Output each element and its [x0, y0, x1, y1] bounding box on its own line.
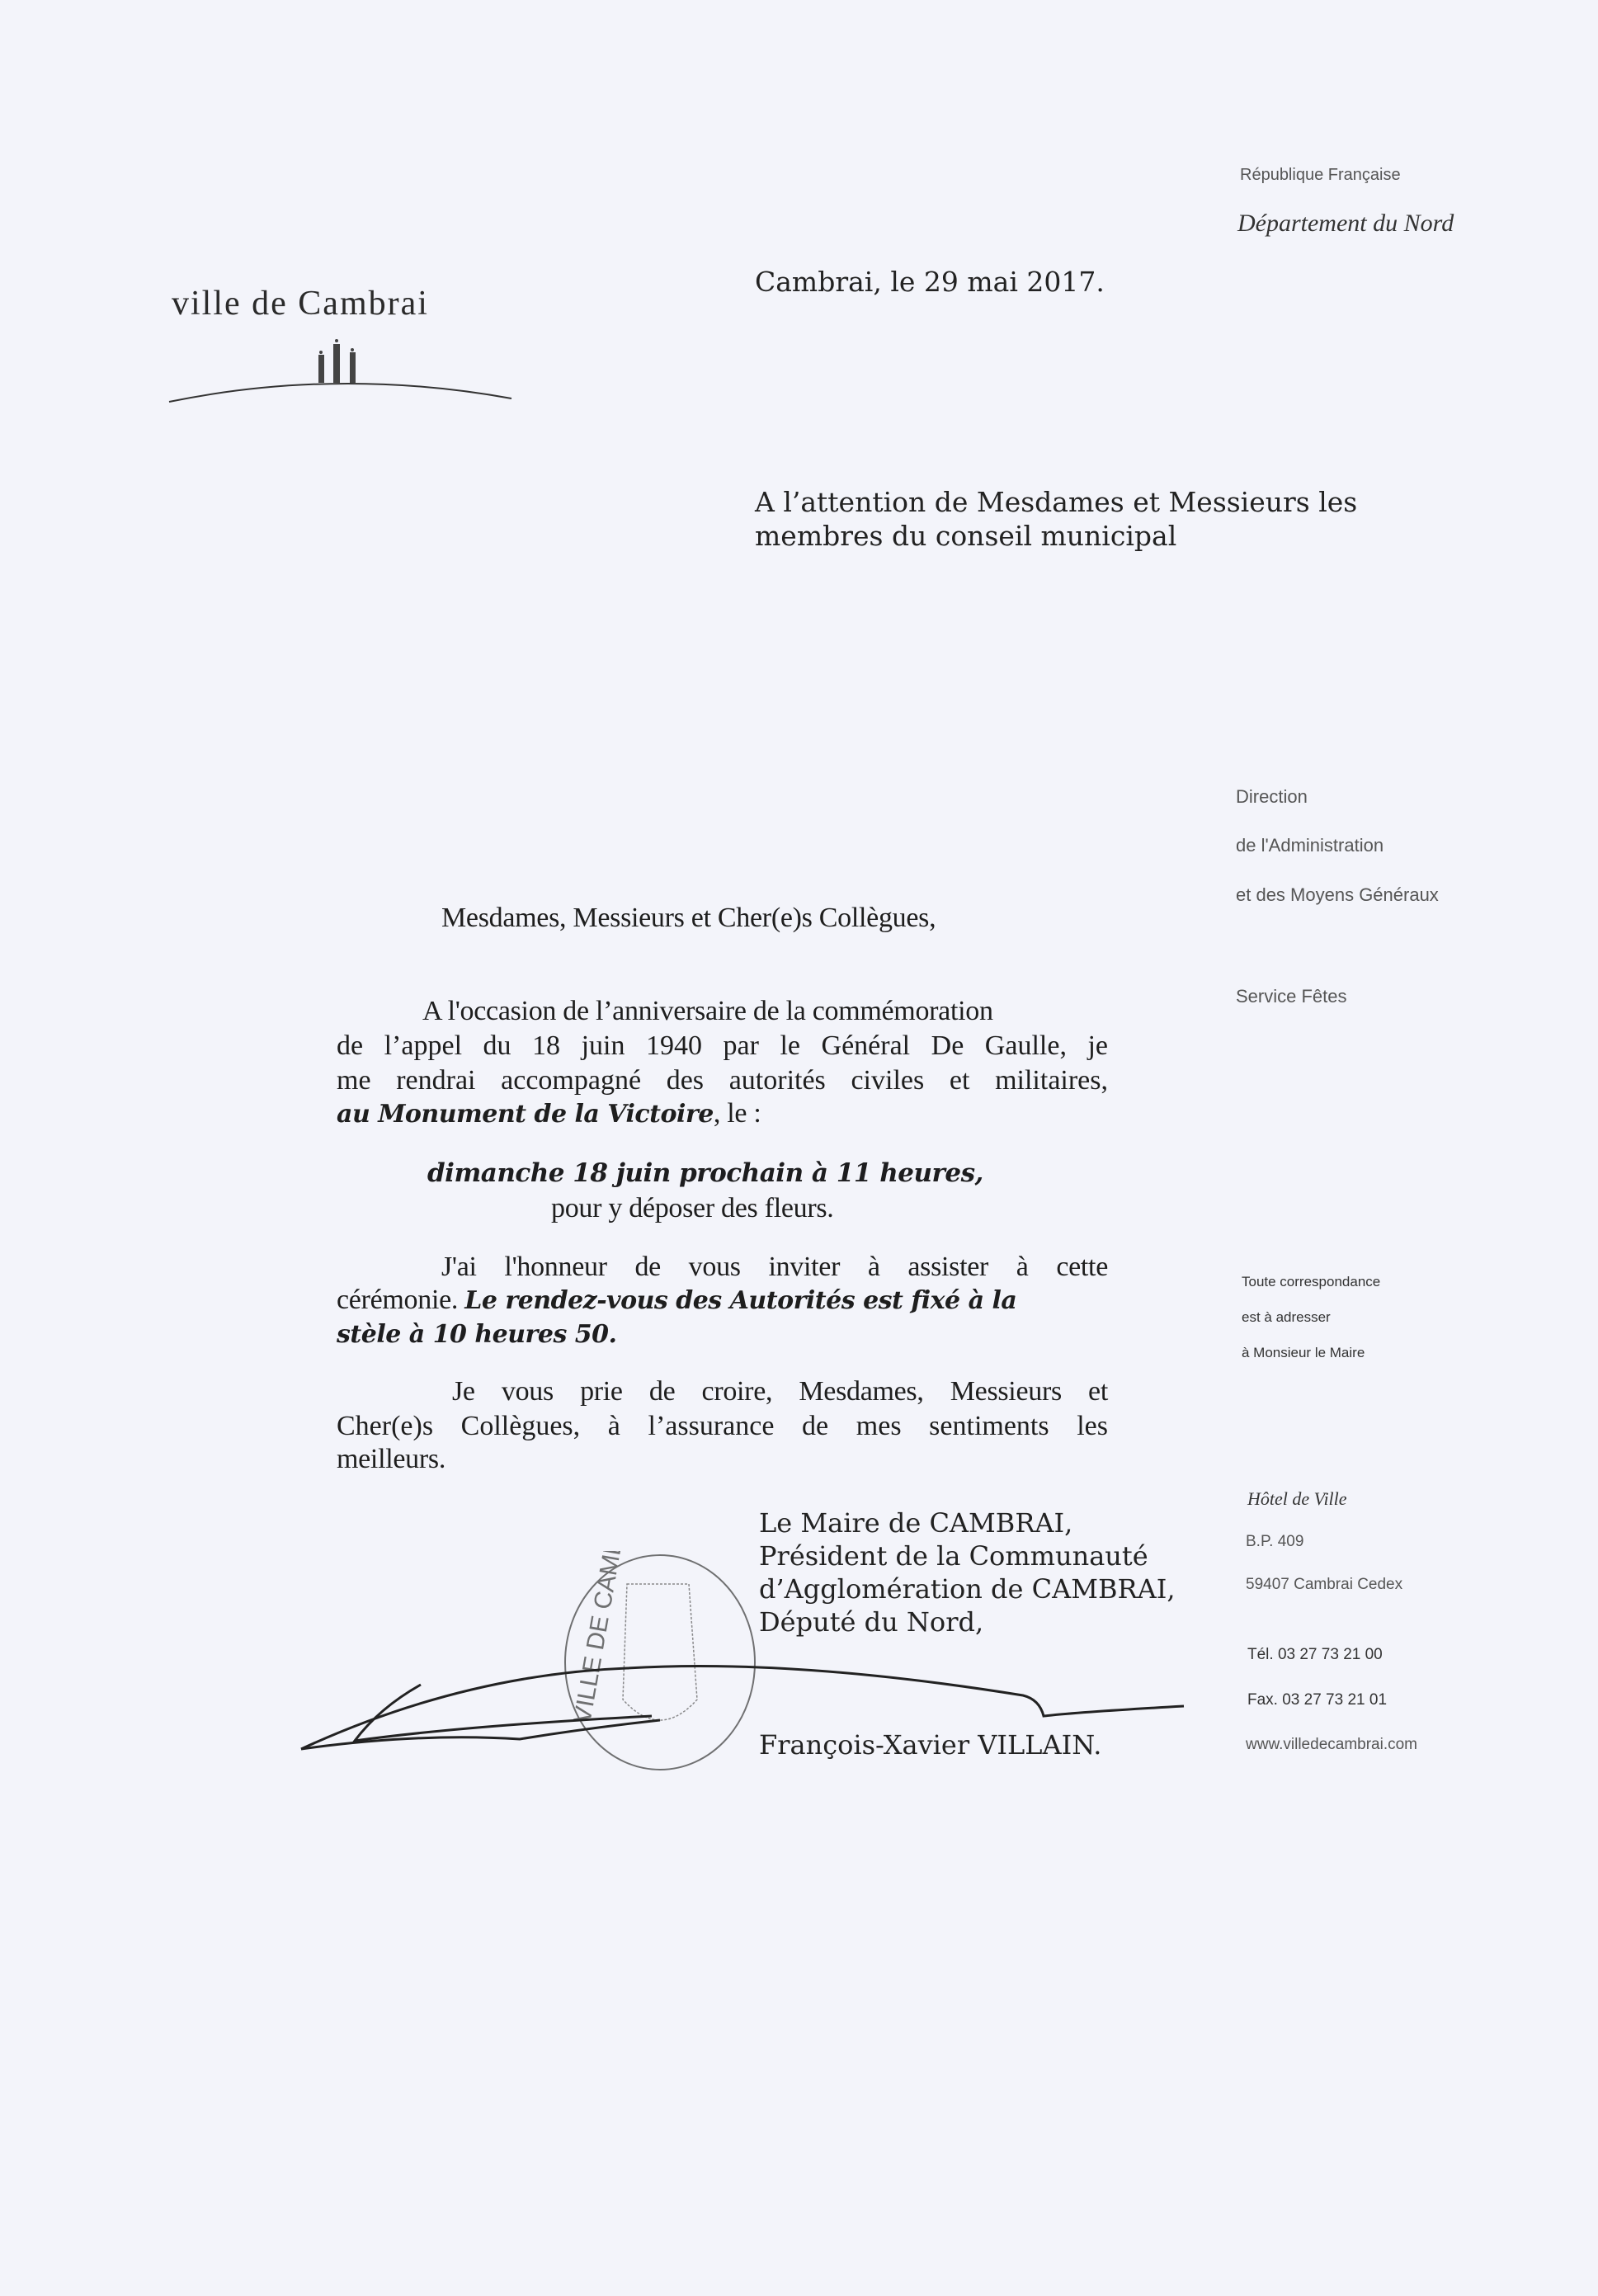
paragraph3-line: Je vous prie de croire, Mesdames, Messie…	[452, 1376, 1108, 1407]
city-logo-text: ville de Cambrai	[172, 284, 429, 323]
correspondence-line: Toute correspondance	[1242, 1274, 1380, 1290]
recipient-block: A l’attention de Mesdames et Messieurs l…	[755, 485, 1357, 553]
city-seal-stamp: VILLE DE CAMBRAI	[565, 1551, 755, 1770]
republic-label: République Française	[1240, 166, 1401, 185]
meeting-time-emphasis: Le rendez-vous des Autorités est fixé à …	[464, 1286, 1016, 1315]
paragraph1-line: au Monument de la Victoire, le :	[337, 1098, 761, 1129]
department-label: Département du Nord	[1237, 210, 1454, 238]
paragraph1-line: de l’appel du 18 juin 1940 par le Généra…	[337, 1029, 1108, 1063]
paragraph2-line-start: cérémonie.	[337, 1285, 464, 1315]
correspondence-line: à Monsieur le Maire	[1242, 1345, 1365, 1361]
phone-number: Tél. 03 27 73 21 00	[1247, 1646, 1383, 1664]
letter-date: Cambrai, le 29 mai 2017.	[755, 266, 1105, 298]
paragraph2-line: J'ai l'honneur de vous inviter à assiste…	[441, 1252, 1108, 1283]
three-towers-on-hill-icon	[165, 334, 520, 408]
recipient-line: A l’attention de Mesdames et Messieurs l…	[755, 485, 1357, 519]
direction-line: Direction	[1236, 786, 1308, 808]
service-label: Service Fêtes	[1236, 986, 1347, 1007]
event-datetime: dimanche 18 juin prochain à 11 heures,	[427, 1158, 983, 1188]
paragraph1-line: A l'occasion de l’anniversaire de la com…	[422, 996, 993, 1027]
paragraph2-line: cérémonie. Le rendez-vous des Autorités …	[337, 1285, 1016, 1316]
signatory-name: François-Xavier VILLAIN.	[759, 1729, 1101, 1761]
po-box: B.P. 409	[1246, 1533, 1303, 1551]
event-purpose: pour y déposer des fleurs.	[551, 1193, 834, 1224]
signature-title-line: Le Maire de CAMBRAI,	[759, 1506, 1176, 1539]
website-link[interactable]: www.villedecambrai.com	[1246, 1736, 1417, 1754]
salutation: Mesdames, Messieurs et Cher(e)s Collègue…	[441, 903, 936, 934]
city-postcode: 59407 Cambrai Cedex	[1246, 1576, 1402, 1594]
recipient-line: membres du conseil municipal	[755, 519, 1357, 553]
meeting-time-emphasis: stèle à 10 heures 50.	[337, 1320, 616, 1349]
paragraph1-line-end: , le :	[714, 1098, 761, 1129]
paragraph3-line: Cher(e)s Collègues, à l’assurance de mes…	[337, 1409, 1108, 1444]
direction-line: de l'Administration	[1236, 835, 1384, 856]
paragraph3-line: meilleurs.	[337, 1444, 445, 1475]
fax-number: Fax. 03 27 73 21 01	[1247, 1691, 1387, 1709]
direction-line: et des Moyens Généraux	[1236, 884, 1439, 906]
address-title: Hôtel de Ville	[1247, 1488, 1347, 1510]
monument-name: au Monument de la Victoire	[337, 1100, 714, 1129]
paragraph1-line: me rendrai accompagné des autorités civi…	[337, 1063, 1108, 1098]
correspondence-line: est à adresser	[1242, 1309, 1331, 1326]
